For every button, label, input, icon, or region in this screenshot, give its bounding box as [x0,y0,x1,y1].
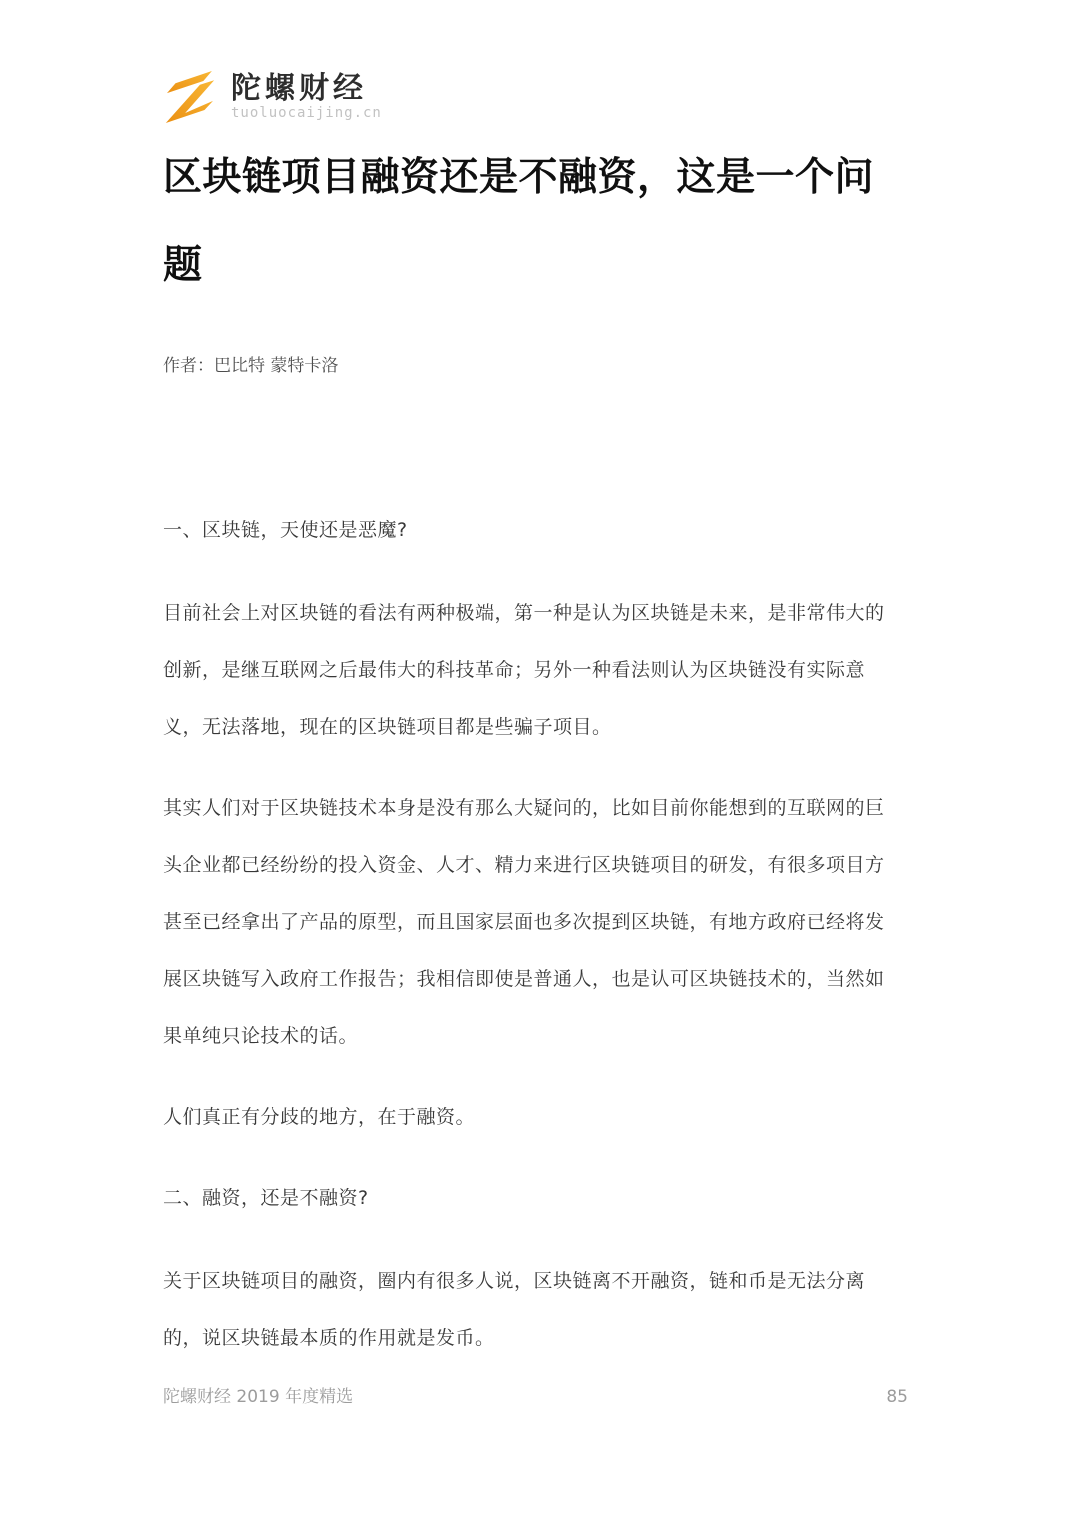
brand-logo: 陀螺财经 tuoluocaijing.cn [163,66,923,128]
section-to-finance-or-not: 二、融资，还是不融资? 关于区块链项目的融资，圈内有很多人说，区块链离不开融资，… [163,1170,923,1367]
paragraph: 目前社会上对区块链的看法有两种极端，第一种是认为区块链是未来，是非常伟大的 创新… [163,585,923,756]
footer-page-number: 85 [886,1385,908,1409]
article-title: 区块链项目融资还是不融资，这是一个问 题 [163,134,923,310]
paragraph: 人们真正有分歧的地方，在于融资。 [163,1089,923,1146]
z-logo-icon [163,68,217,126]
document-page: 陀螺财经 tuoluocaijing.cn 区块链项目融资还是不融资，这是一个问… [0,0,1080,1527]
section-2-heading: 二、融资，还是不融资? [163,1170,923,1227]
paragraph: 关于区块链项目的融资，圈内有很多人说，区块链离不开融资，链和币是无法分离 的，说… [163,1253,923,1367]
page-footer: 陀螺财经 2019 年度精选 85 [163,1385,908,1409]
page-content: 陀螺财经 tuoluocaijing.cn 区块链项目融资还是不融资，这是一个问… [163,66,923,1391]
author-line: 作者：巴比特 蒙特卡洛 [163,354,923,378]
paragraph: 其实人们对于区块链技术本身是没有那么大疑问的，比如目前你能想到的互联网的巨 头企… [163,780,923,1065]
brand-domain-url: tuoluocaijing.cn [231,106,382,121]
section-blockchain-angel-or-devil: 一、区块链，天使还是恶魔? 目前社会上对区块链的看法有两种极端，第一种是认为区块… [163,502,923,1146]
brand-text-block: 陀螺财经 tuoluocaijing.cn [231,73,382,121]
footer-booklet-title: 陀螺财经 2019 年度精选 [163,1385,353,1409]
section-1-heading: 一、区块链，天使还是恶魔? [163,502,923,559]
brand-name: 陀螺财经 [231,73,382,105]
